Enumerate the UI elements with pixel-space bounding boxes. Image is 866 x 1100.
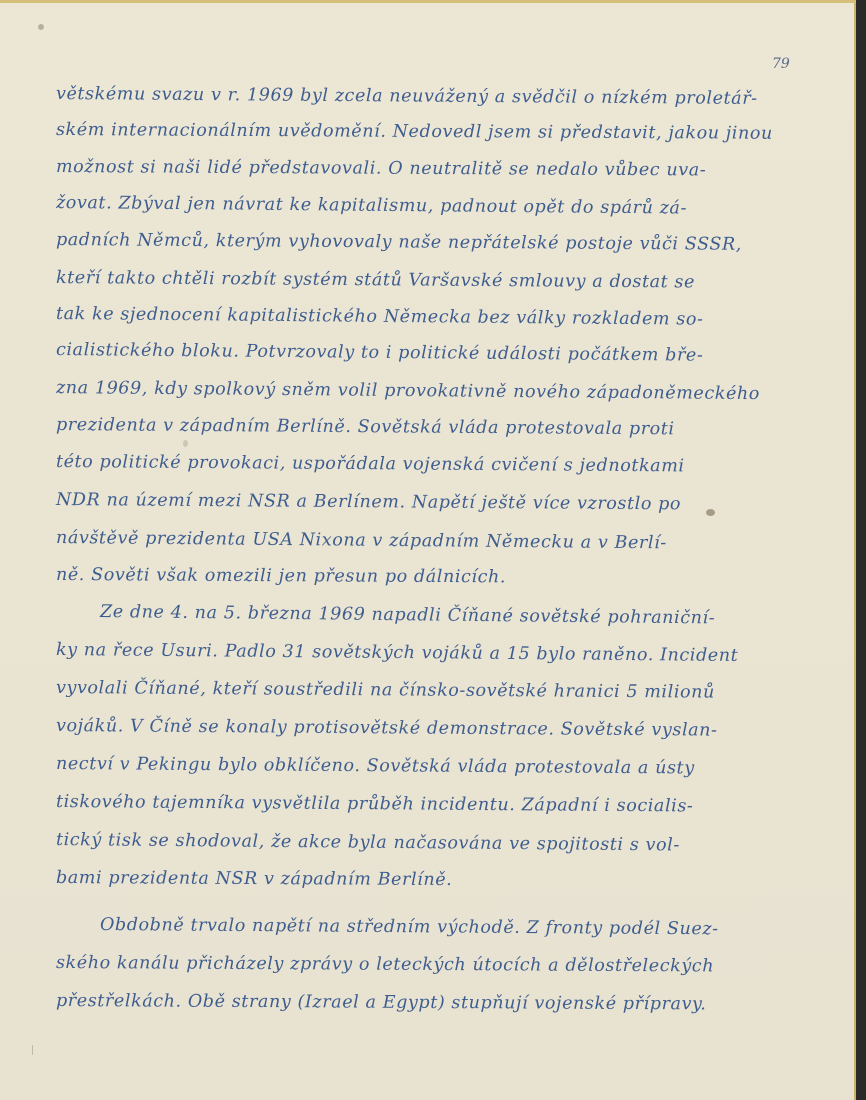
text-line: ského kanálu přicházely zprávy o letecký… [56, 953, 776, 977]
text-line: ském internacionálním uvědomění. Nedoved… [56, 120, 776, 144]
text-line: větskému svazu v r. 1969 byl zcela neuvá… [56, 84, 776, 109]
text-line: žovat. Zbýval jen návrat ke kapitalismu,… [56, 193, 776, 219]
text-line: návštěvě prezidenta USA Nixona v západní… [56, 528, 776, 554]
text-line: tak ke sjednocení kapitalistického Němec… [56, 304, 776, 330]
text-line: prezidenta v západním Berlíně. Sovětská … [56, 415, 776, 440]
text-line: padních Němců, kterým vyhovovaly naše ne… [56, 230, 776, 255]
text-line-paragraph-start: Obdobně trvalo napětí na středním východ… [100, 915, 776, 940]
text-line: této politické provokaci, uspořádala voj… [56, 452, 776, 477]
text-line: vojáků. V Číně se konaly protisovětské d… [56, 716, 776, 741]
page-number: 79 [772, 56, 790, 72]
manuscript-page: 79 větskému svazu v r. 1969 byl zcela ne… [0, 0, 856, 1100]
paper-spot [183, 440, 188, 447]
text-line: bami prezidenta NSR v západním Berlíně. [56, 868, 776, 892]
text-line: možnost si naši lidé představovali. O ne… [56, 157, 776, 181]
paper-spot [38, 24, 44, 30]
text-line: cialistického bloku. Potvrzovaly to i po… [56, 340, 776, 366]
paper-mark [32, 1045, 33, 1055]
text-line: vyvolali Číňané, kteří soustředili na čí… [56, 678, 776, 703]
text-line: kteří takto chtěli rozbít systém států V… [56, 268, 776, 293]
text-line-paragraph-start: Ze dne 4. na 5. března 1969 napadli Číňa… [100, 602, 776, 629]
text-line: přestřelkách. Obě strany (Izrael a Egypt… [56, 991, 776, 1015]
text-line: nectví v Pekingu bylo obklíčeno. Sovětsk… [56, 754, 776, 779]
text-line: zna 1969, kdy spolkový sněm volil provok… [56, 378, 776, 404]
page-top-edge [0, 0, 856, 3]
text-line: tický tisk se shodoval, že akce byla nač… [56, 830, 776, 856]
text-line: tiskového tajemníka vysvětlila průběh in… [56, 792, 776, 817]
text-line: NDR na území mezi NSR a Berlínem. Napětí… [56, 490, 776, 515]
text-line: ně. Sověti však omezili jen přesun po dá… [56, 565, 776, 589]
text-line: ky na řece Usuri. Padlo 31 sovětských vo… [56, 640, 776, 666]
